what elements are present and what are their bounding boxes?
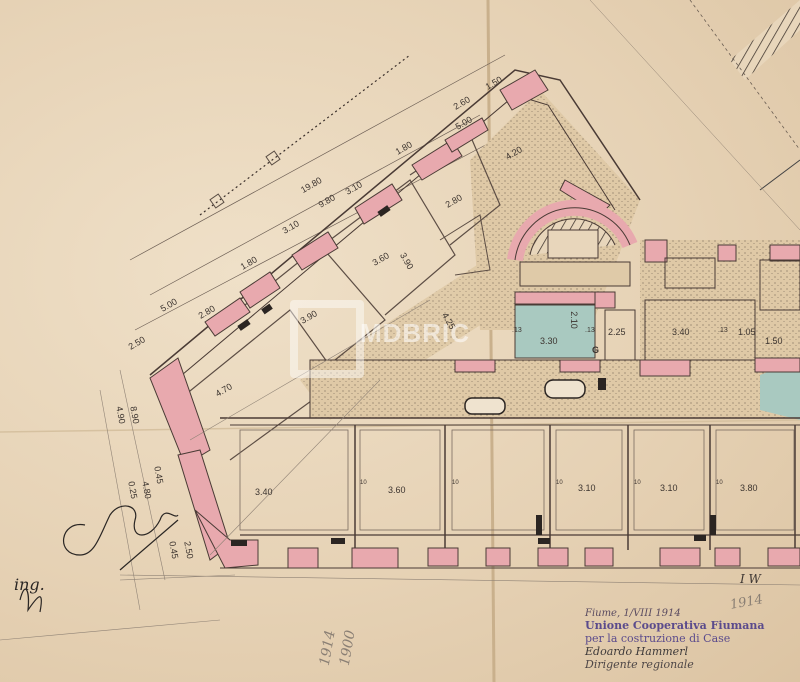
room-label: 3.40	[672, 327, 690, 337]
room-label: 2.25	[608, 327, 626, 337]
room-label: 1.05	[738, 327, 756, 337]
wc-label: G	[592, 345, 599, 355]
stamp-signature: Edoardo Hammerl	[585, 645, 795, 658]
stamp-org-line1: Unione Cooperativa Fiumana	[585, 619, 795, 632]
ing-label: ing.	[14, 575, 45, 594]
wall-mark: .13	[512, 327, 522, 334]
room-label-bottom: 3.40	[255, 487, 273, 497]
pencil-note: I W	[740, 572, 761, 586]
wall-mark: 10	[452, 480, 459, 486]
watermark-logo-icon	[290, 300, 364, 378]
wall-mark: .13	[585, 327, 595, 334]
wall-mark: .13	[718, 327, 728, 334]
room-label-bottom: 3.80	[740, 483, 758, 493]
room-label-bath-v: 2.10	[569, 311, 579, 329]
wall-mark: 10	[716, 480, 723, 486]
stamp-title: Dirigente regionale	[585, 658, 795, 671]
wall-mark: 10	[634, 480, 641, 486]
room-label-bottom: 3.60	[388, 485, 406, 495]
stamp-org-line2: per la costruzione di Case	[585, 632, 795, 645]
room-label: 1.50	[765, 336, 783, 346]
stamp-date: Fiume, 1/VIII 1914	[585, 608, 795, 619]
wall-mark: 10	[556, 480, 563, 486]
room-label-bath: 3.30	[540, 336, 558, 346]
cooperative-stamp: Fiume, 1/VIII 1914 Unione Cooperativa Fi…	[585, 608, 795, 671]
room-label-bottom: 3.10	[578, 483, 596, 493]
room-label-bottom: 3.10	[660, 483, 678, 493]
floor-plan-sheet: ` MDBRIC	[0, 0, 800, 682]
wall-mark: 10	[360, 480, 367, 486]
